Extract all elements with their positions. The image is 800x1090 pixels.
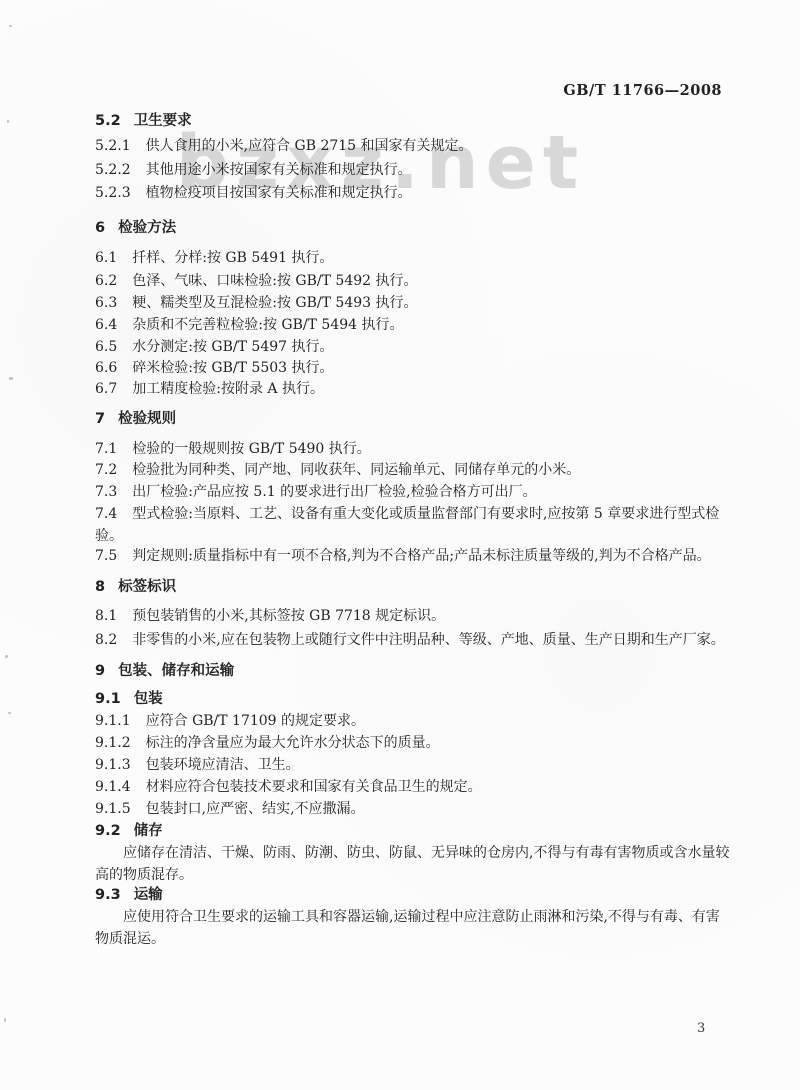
clause-number: 9 <box>95 662 105 680</box>
heading-title: 运输 <box>134 887 163 903</box>
clause-text: 判定规则:质量指标中有一项不合格,判为不合格产品;产品未标注质量等级的,判为不合… <box>132 548 710 564</box>
clause-text: 植物检疫项目按国家有关标准和规定执行。 <box>146 185 412 201</box>
heading-title: 包装、储存和运输 <box>118 663 234 679</box>
heading-9: 9包装、储存和运输 <box>95 662 234 680</box>
clause-text: 应符合 GB/T 17109 的规定要求。 <box>146 713 365 729</box>
clause-number: 6.7 <box>95 380 117 398</box>
clause-number: 8.2 <box>95 631 117 649</box>
clause-9-1-5: 9.1.5包装封口,应严密、结实,不应撒漏。 <box>95 800 365 818</box>
clause-number: 6.4 <box>95 316 117 334</box>
clause-6-3: 6.3粳、糯类型及互混检验:按 GB/T 5493 执行。 <box>95 294 418 312</box>
heading-9-2: 9.2储存 <box>95 822 163 840</box>
clause-number: 7.2 <box>95 461 117 479</box>
clause-number: 6 <box>95 219 105 237</box>
clause-number: 6.1 <box>95 249 117 267</box>
heading-8: 8标签标识 <box>95 578 176 596</box>
clause-text: 供人食用的小米,应符合 GB 2715 和国家有关规定。 <box>146 138 473 154</box>
heading-title: 检验规则 <box>118 411 176 427</box>
clause-number: 9.1.3 <box>95 756 131 774</box>
clause-9-1-4: 9.1.4材料应符合包装技术要求和国家有关食品卫生的规定。 <box>95 778 482 796</box>
clause-5-2-2: 5.2.2其他用途小米按国家有关标准和规定执行。 <box>95 161 412 179</box>
clause-number: 6.2 <box>95 272 117 290</box>
clause-number: 7 <box>95 410 105 428</box>
heading-9-3: 9.3运输 <box>95 886 163 904</box>
clause-text: 其他用途小米按国家有关标准和规定执行。 <box>146 162 412 178</box>
clause-text: 包装环境应清洁、卫生。 <box>146 757 300 773</box>
clause-text: 粳、糯类型及互混检验:按 GB/T 5493 执行。 <box>132 295 417 311</box>
clause-text: 包装封口,应严密、结实,不应撒漏。 <box>146 801 365 817</box>
heading-title: 卫生要求 <box>134 113 192 129</box>
clause-5-2-3: 5.2.3植物检疫项目按国家有关标准和规定执行。 <box>95 184 412 202</box>
clause-text: 标注的净含量应为最大允许水分状态下的质量。 <box>146 735 440 751</box>
clause-text: 杂质和不完善粒检验:按 GB/T 5494 执行。 <box>132 317 403 333</box>
page-number: 3 <box>697 1021 705 1036</box>
clause-number: 6.5 <box>95 338 117 356</box>
clause-8-1: 8.1预包装销售的小米,其标签按 GB 7718 规定标识。 <box>95 607 445 625</box>
clause-6-6: 6.6碎米检验:按 GB/T 5503 执行。 <box>95 359 334 377</box>
clause-number: 8.1 <box>95 607 117 625</box>
clause-text: 出厂检验:产品应按 5.1 的要求进行出厂检验,检验合格方可出厂。 <box>132 484 536 500</box>
clause-number: 5.2.1 <box>95 137 131 155</box>
clause-text: 非零售的小米,应在包装物上或随行文件中注明品种、等级、产地、质量、生产日期和生产… <box>132 632 724 648</box>
clause-6-1: 6.1扦样、分样:按 GB 5491 执行。 <box>95 249 333 267</box>
storage-paragraph: 应储存在清洁、干燥、防雨、防潮、防虫、防鼠、无异味的仓房内,不得与有毒有害物质或… <box>95 843 731 886</box>
clause-number: 5.2 <box>95 112 121 130</box>
clause-number: 5.2.3 <box>95 184 131 202</box>
scan-speck <box>4 1018 6 1022</box>
clause-number: 6.6 <box>95 359 117 377</box>
clause-number: 8 <box>95 578 105 596</box>
transport-paragraph: 应使用符合卫生要求的运输工具和容器运输,运输过程中应注意防止雨淋和污染,不得与有… <box>95 907 731 950</box>
clause-9-1-2: 9.1.2标注的净含量应为最大允许水分状态下的质量。 <box>95 734 440 752</box>
clause-number: 6.3 <box>95 294 117 312</box>
clause-9-1-1: 9.1.1应符合 GB/T 17109 的规定要求。 <box>95 712 365 730</box>
clause-number: 9.1 <box>95 690 121 708</box>
document-page: bzxz.net GB/T 11766—2008 5.2卫生要求 5.2.1供人… <box>0 0 800 1090</box>
clause-text: 预包装销售的小米,其标签按 GB 7718 规定标识。 <box>132 608 445 624</box>
clause-number: 9.1.4 <box>95 778 131 796</box>
clause-9-1-3: 9.1.3包装环境应清洁、卫生。 <box>95 756 300 774</box>
clause-number: 7.1 <box>95 440 117 458</box>
heading-9-1: 9.1包装 <box>95 690 163 708</box>
clause-6-2: 6.2色泽、气味、口味检验:按 GB/T 5492 执行。 <box>95 272 418 290</box>
clause-7-2: 7.2检验批为同种类、同产地、同收获年、同运输单元、同储存单元的小米。 <box>95 461 580 479</box>
heading-title: 检验方法 <box>118 220 176 236</box>
scan-speck <box>5 655 8 658</box>
heading-title: 包装 <box>134 691 163 707</box>
clause-7-3: 7.3出厂检验:产品应按 5.1 的要求进行出厂检验,检验合格方可出厂。 <box>95 483 537 501</box>
clause-text: 水分测定:按 GB/T 5497 执行。 <box>132 339 333 355</box>
clause-7-4: 7.4型式检验:当原料、工艺、设备有重大变化或质量监督部门有要求时,应按第 5 … <box>95 504 731 547</box>
clause-text: 检验批为同种类、同产地、同收获年、同运输单元、同储存单元的小米。 <box>132 462 580 478</box>
clause-number: 7.5 <box>95 547 117 565</box>
clause-number: 9.2 <box>95 822 121 840</box>
clause-8-2: 8.2非零售的小米,应在包装物上或随行文件中注明品种、等级、产地、质量、生产日期… <box>95 631 725 649</box>
clause-number: 7.3 <box>95 483 117 501</box>
scan-speck <box>7 120 9 123</box>
clause-text: 检验的一般规则按 GB/T 5490 执行。 <box>132 441 371 457</box>
clause-6-4: 6.4杂质和不完善粒检验:按 GB/T 5494 执行。 <box>95 316 404 334</box>
clause-number: 9.1.1 <box>95 712 131 730</box>
clause-7-5: 7.5判定规则:质量指标中有一项不合格,判为不合格产品;产品未标注质量等级的,判… <box>95 547 711 565</box>
clause-number: 9.1.5 <box>95 800 131 818</box>
clause-6-5: 6.5水分测定:按 GB/T 5497 执行。 <box>95 338 334 356</box>
clause-number: 7.4 <box>95 504 117 526</box>
clause-text: 型式检验:当原料、工艺、设备有重大变化或质量监督部门有要求时,应按第 5 章要求… <box>95 506 719 544</box>
clause-text: 碎米检验:按 GB/T 5503 执行。 <box>132 360 333 376</box>
clause-text: 加工精度检验:按附录 A 执行。 <box>132 381 324 397</box>
clause-number: 5.2.2 <box>95 161 131 179</box>
heading-7: 7检验规则 <box>95 410 176 428</box>
heading-6: 6检验方法 <box>95 219 176 237</box>
clause-6-7: 6.7加工精度检验:按附录 A 执行。 <box>95 380 324 398</box>
clause-number: 9.3 <box>95 886 121 904</box>
scan-speck <box>9 25 12 27</box>
clause-text: 色泽、气味、口味检验:按 GB/T 5492 执行。 <box>132 273 417 289</box>
scan-speck <box>8 712 11 714</box>
clause-5-2-1: 5.2.1供人食用的小米,应符合 GB 2715 和国家有关规定。 <box>95 137 473 155</box>
standard-code-header: GB/T 11766—2008 <box>563 82 722 99</box>
heading-5-2: 5.2卫生要求 <box>95 112 192 130</box>
heading-title: 储存 <box>134 823 163 839</box>
clause-text: 扦样、分样:按 GB 5491 执行。 <box>132 250 333 266</box>
clause-number: 9.1.2 <box>95 734 131 752</box>
heading-title: 标签标识 <box>118 579 176 595</box>
clause-7-1: 7.1检验的一般规则按 GB/T 5490 执行。 <box>95 440 371 458</box>
scan-speck <box>9 377 13 380</box>
clause-text: 材料应符合包装技术要求和国家有关食品卫生的规定。 <box>146 779 482 795</box>
